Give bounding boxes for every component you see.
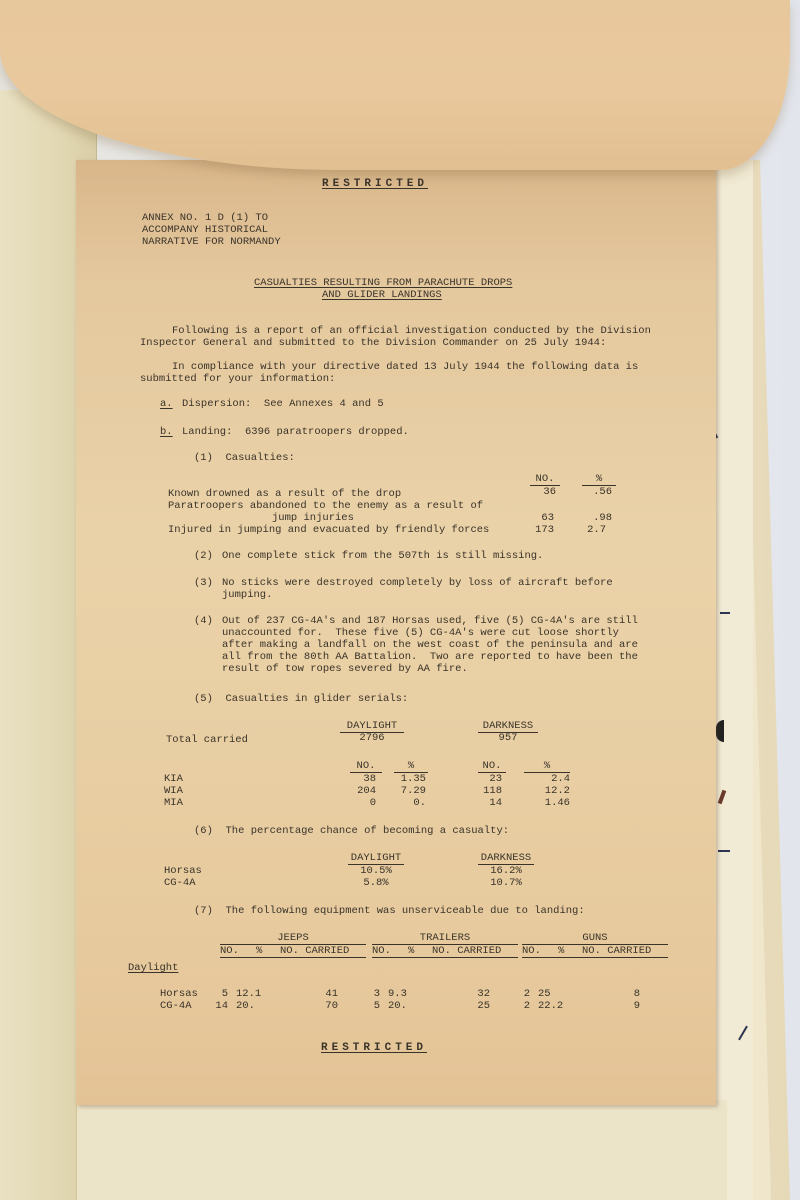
map-ink-mark [716, 720, 724, 742]
equipment-sub-header: NO. CARRIED [432, 945, 501, 957]
darkness-pct-header: % [524, 760, 570, 773]
sub-header-rule [522, 957, 668, 958]
chance-daylight-header: DAYLIGHT [348, 852, 404, 865]
sub-header-rule [372, 957, 518, 958]
equipment-row-label: Horsas [160, 988, 198, 1000]
casualty-row-label: Known drowned as a result of the drop [168, 488, 401, 500]
glider-day-no: 38 [350, 773, 376, 785]
classification-bottom: RESTRICTED [321, 1042, 427, 1054]
document-title-line2: AND GLIDER LANDINGS [322, 289, 442, 301]
daylight-no-header: NO. [350, 760, 382, 773]
chance-daylight-value: 5.8% [348, 877, 404, 889]
equipment-sub-header: NO. [220, 945, 239, 957]
equipment-trailers-carried: 32 [470, 988, 490, 1000]
document-title: CASUALTIES RESULTING FROM PARACHUTE DROP… [254, 277, 512, 289]
equipment-trailers-pct: 9.3 [388, 988, 418, 1000]
glider-day-pct: 7.29 [394, 785, 426, 797]
equipment-sub-header: NO. [522, 945, 541, 957]
typed-report-page: RESTRICTED ANNEX NO. 1 D (1) TO ACCOMPAN… [76, 160, 716, 1105]
equipment-guns-pct: 25 [538, 988, 568, 1000]
glider-day-no: 204 [350, 785, 376, 797]
section-3-text: jumping. [222, 589, 272, 601]
chance-row-label: CG-4A [164, 877, 196, 889]
section-1-label: (1) Casualties: [194, 452, 295, 464]
section-2-number: (2) [194, 550, 213, 562]
section-4-text: result of tow ropes severed by AA fire. [222, 663, 468, 675]
sub-header-rule [220, 957, 366, 958]
equipment-jeeps-pct: 12.1 [236, 988, 266, 1000]
intro-paragraph: Following is a report of an official inv… [172, 325, 651, 337]
stacked-page-edge [712, 160, 753, 1200]
intro-paragraph: Inspector General and submitted to the D… [140, 337, 606, 349]
column-header-pct: % [582, 473, 616, 486]
equipment-guns-pct: 22.2 [538, 1000, 568, 1012]
glider-dark-no: 14 [476, 797, 502, 809]
item-b-letter: b. [160, 426, 173, 438]
equipment-guns-no: 2 [516, 988, 530, 1000]
casualty-row-no: 63 [530, 512, 554, 524]
glider-row-label: WIA [164, 785, 183, 797]
casualty-row-label: Paratroopers abandoned to the enemy as a… [168, 500, 483, 512]
equipment-jeeps-pct: 20. [236, 1000, 266, 1012]
section-4-number: (4) [194, 615, 213, 627]
chance-darkness-value: 10.7% [478, 877, 534, 889]
chance-row-label: Horsas [164, 865, 202, 877]
equipment-sub-header: NO. CARRIED [582, 945, 651, 957]
darkness-no-header: NO. [478, 760, 506, 773]
casualty-row-no: 173 [530, 524, 554, 536]
glider-dark-pct: 12.2 [524, 785, 570, 797]
casualty-row-label: Injured in jumping and evacuated by frie… [168, 524, 489, 536]
casualty-row-no: 36 [530, 486, 556, 498]
chance-darkness-value: 16.2% [478, 865, 534, 877]
equipment-row-label: CG-4A [160, 1000, 192, 1012]
equipment-sub-header: % [558, 945, 564, 957]
equipment-trailers-pct: 20. [388, 1000, 418, 1012]
daylight-pct-header: % [394, 760, 428, 773]
equipment-sub-header: NO. CARRIED [280, 945, 349, 957]
darkness-total: 957 [478, 732, 538, 744]
classification-top: RESTRICTED [322, 178, 428, 190]
equipment-guns-carried: 9 [620, 1000, 640, 1012]
glider-dark-pct: 2.4 [524, 773, 570, 785]
equipment-guns-carried: 8 [620, 988, 640, 1000]
glider-day-no: 0 [350, 797, 376, 809]
total-carried-label: Total carried [166, 734, 248, 746]
glider-dark-pct: 1.46 [524, 797, 570, 809]
annex-header-line: NARRATIVE FOR NORMANDY [142, 236, 281, 248]
section-3-number: (3) [194, 577, 213, 589]
equipment-jeeps-no: 14 [214, 1000, 228, 1012]
equipment-sub-header: % [408, 945, 414, 957]
section-6-label: (6) The percentage chance of becoming a … [194, 825, 509, 837]
section-4-text: all from the 80th AA Battalion. Two are … [222, 651, 638, 663]
section-7-label: (7) The following equipment was unservic… [194, 905, 585, 917]
glider-dark-no: 23 [476, 773, 502, 785]
equipment-jeeps-carried: 70 [318, 1000, 338, 1012]
equipment-group-header: JEEPS [220, 932, 366, 944]
chance-daylight-value: 10.5% [348, 865, 404, 877]
casualty-row-pct: .56 [582, 486, 612, 498]
section-2-text: One complete stick from the 507th is sti… [222, 550, 543, 562]
glider-day-pct: 0. [394, 797, 426, 809]
glider-day-pct: 1.35 [394, 773, 426, 785]
compliance-paragraph: submitted for your information: [140, 373, 335, 385]
item-a-letter: a. [160, 398, 173, 410]
chance-darkness-header: DARKNESS [478, 852, 534, 865]
column-header-no: NO. [530, 473, 560, 486]
equipment-guns-no: 2 [516, 1000, 530, 1012]
equipment-trailers-no: 3 [366, 988, 380, 1000]
equipment-jeeps-carried: 41 [318, 988, 338, 1000]
daylight-total: 2796 [340, 732, 404, 744]
glider-row-label: KIA [164, 773, 183, 785]
section-4-text: unaccounted for. These five (5) CG-4A's … [222, 627, 619, 639]
casualty-row-label-cont: jump injuries [272, 512, 354, 524]
map-ink-mark [718, 850, 730, 852]
casualty-row-pct: .98 [582, 512, 612, 524]
section-4-text: after making a landfall on the west coas… [222, 639, 638, 651]
section-3-text: No sticks were destroyed completely by l… [222, 577, 613, 589]
casualty-row-pct: 2.7 [582, 524, 606, 536]
equipment-group-header: TRAILERS [372, 932, 518, 944]
underlying-sheet [76, 1100, 727, 1200]
equipment-group-header: GUNS [522, 932, 668, 944]
map-ink-mark [720, 612, 730, 614]
equipment-trailers-carried: 25 [470, 1000, 490, 1012]
section-4-text: Out of 237 CG-4A's and 187 Horsas used, … [222, 615, 638, 627]
row-group-label: Daylight [128, 962, 178, 974]
glider-dark-no: 118 [476, 785, 502, 797]
item-a-text: Dispersion: See Annexes 4 and 5 [182, 398, 384, 410]
annex-header-line: ANNEX NO. 1 D (1) TO [142, 212, 268, 224]
equipment-jeeps-no: 5 [214, 988, 228, 1000]
equipment-sub-header: % [256, 945, 262, 957]
equipment-trailers-no: 5 [366, 1000, 380, 1012]
item-b-text: Landing: 6396 paratroopers dropped. [182, 426, 409, 438]
section-5-label: (5) Casualties in glider serials: [194, 693, 408, 705]
glider-row-label: MIA [164, 797, 183, 809]
equipment-sub-header: NO. [372, 945, 391, 957]
compliance-paragraph: In compliance with your directive dated … [172, 361, 638, 373]
annex-header-line: ACCOMPANY HISTORICAL [142, 224, 268, 236]
